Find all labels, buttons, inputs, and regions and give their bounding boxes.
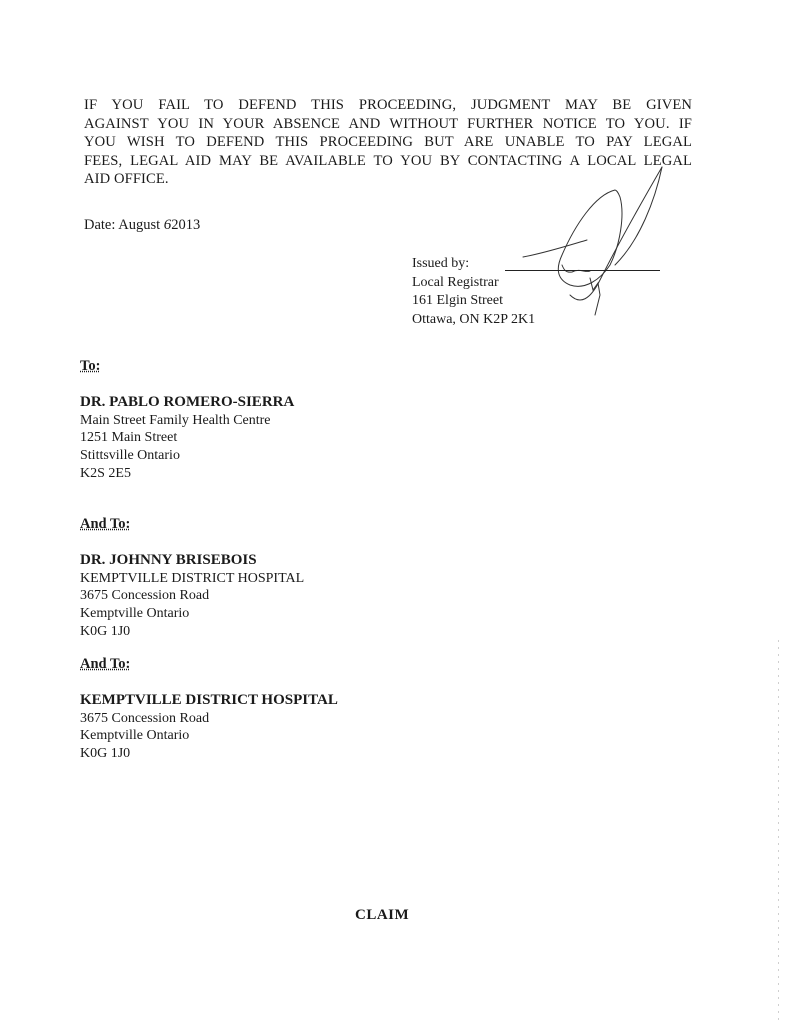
recipient-heading: And To: <box>80 656 338 674</box>
recipient-address-line: K0G 1J0 <box>80 623 304 641</box>
issued-by-block: Issued by: Local Registrar 161 Elgin Str… <box>412 255 535 329</box>
notice-line: IF YOU FAIL TO DEFEND THIS PROCEEDING, J… <box>84 96 692 115</box>
recipient-heading: To: <box>80 358 294 376</box>
recipient-heading: And To: <box>80 516 304 534</box>
recipient-name: DR. JOHNNY BRISEBOIS <box>80 552 304 570</box>
recipient-address-line: K2S 2E5 <box>80 465 294 483</box>
recipient-name: DR. PABLO ROMERO-SIERRA <box>80 394 294 412</box>
notice-line: YOU WISH TO DEFEND THIS PROCEEDING BUT A… <box>84 133 692 152</box>
recipient-address-line: Stittsville Ontario <box>80 447 294 465</box>
recipient-block: To: DR. PABLO ROMERO-SIERRA Main Street … <box>80 358 294 483</box>
section-title: CLAIM <box>355 907 409 924</box>
recipient-address-line: K0G 1J0 <box>80 745 338 763</box>
date-label: Date: August <box>84 217 160 233</box>
recipient-block: And To: DR. JOHNNY BRISEBOIS KEMPTVILLE … <box>80 516 304 641</box>
issue-date: Date: August 62013 <box>84 217 200 234</box>
recipient-name: KEMPTVILLE DISTRICT HOSPITAL <box>80 692 338 710</box>
recipient-address-line: 3675 Concession Road <box>80 587 304 605</box>
issuing-office: Local Registrar <box>412 274 535 293</box>
recipient-address-line: Kemptville Ontario <box>80 727 338 745</box>
recipient-address-line: Kemptville Ontario <box>80 605 304 623</box>
recipient-address-line: Main Street Family Health Centre <box>80 412 294 430</box>
recipient-block: And To: KEMPTVILLE DISTRICT HOSPITAL 367… <box>80 656 338 763</box>
issued-by-label: Issued by: <box>412 255 535 274</box>
notice-line: AGAINST YOU IN YOUR ABSENCE AND WITHOUT … <box>84 115 692 134</box>
recipient-address-line: 3675 Concession Road <box>80 710 338 728</box>
date-year: 2013 <box>171 217 200 233</box>
issuing-street: 161 Elgin Street <box>412 292 535 311</box>
document-page: IF YOU FAIL TO DEFEND THIS PROCEEDING, J… <box>0 0 791 1024</box>
recipient-address-line: 1251 Main Street <box>80 429 294 447</box>
scan-edge-artifact <box>778 640 779 1024</box>
recipient-address-line: KEMPTVILLE DISTRICT HOSPITAL <box>80 570 304 588</box>
issuing-city: Ottawa, ON K2P 2K1 <box>412 311 535 330</box>
